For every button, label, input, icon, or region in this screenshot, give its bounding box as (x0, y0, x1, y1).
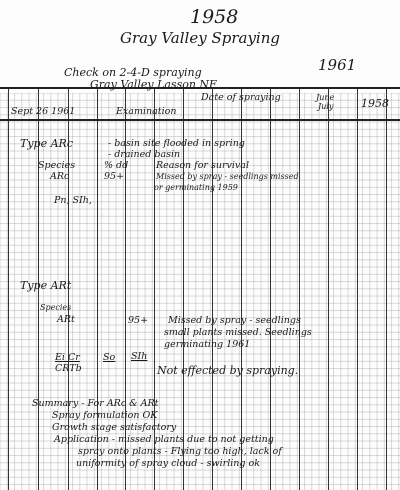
check-line-1: Check on 2-4-D spraying (64, 67, 202, 78)
site-note: - drained basin (108, 150, 180, 160)
month-july: July (318, 103, 333, 111)
reason-line: germinating 1961 (164, 340, 250, 350)
summary-line: Growth stage satisfactory (52, 423, 176, 433)
page-year: 1958 (190, 8, 238, 27)
column-rule (357, 88, 358, 490)
site-note: - basin site flooded in spring (108, 139, 245, 149)
species-arc: ARc (50, 172, 69, 182)
column-rule (328, 88, 329, 490)
col-so: So (103, 353, 115, 363)
column-rule (8, 88, 9, 490)
type-arc-label: Type ARc (20, 138, 73, 149)
header-bottom-rule (0, 119, 400, 121)
reason-header: Reason for survival (156, 161, 249, 171)
year-right: 1961 (318, 58, 356, 73)
reason-line: or germinating 1959 (154, 184, 238, 192)
species-header: Species (40, 304, 71, 312)
pct-dead-arc: 95+ (104, 172, 124, 182)
col-sih: SIh (131, 352, 147, 362)
ledger-sheet: 1958 Gray Valley Spraying Check on 2-4-D… (0, 0, 400, 490)
column-rule (299, 88, 300, 490)
extra-species: Pn, SIh, (54, 196, 92, 206)
summary-heading: Summary - For ARc & ARt (32, 399, 158, 409)
check-line-2: Gray Valley Lasson NF (90, 79, 217, 90)
summary-line: Application - missed plants due to not g… (54, 435, 274, 445)
spray-year: 1958 (361, 98, 389, 109)
species-art: ARt (57, 315, 75, 325)
summary-line: uniformity of spray cloud - swirling ok (76, 459, 260, 469)
month-june: June (316, 94, 334, 102)
species-header: Species (38, 161, 75, 171)
species-crtb: CRTb (55, 364, 82, 374)
reason-line: Not effected by spraying. (157, 365, 298, 376)
type-art-label: Type ARt (20, 280, 71, 291)
reason-line: Missed by spray - seedlings missed (156, 173, 299, 181)
column-rule (386, 88, 387, 490)
species-ei-cr: Ei Cr (55, 353, 80, 363)
column-rule (270, 88, 271, 490)
date-of-spraying-label: Date of spraying (201, 93, 281, 103)
reason-line: Missed by spray - seedlings (168, 316, 301, 326)
exam-date: Sept 26 1961 (11, 107, 75, 117)
summary-line: Spray formulation OK (52, 411, 157, 421)
reason-line: small plants missed. Seedlings (164, 328, 312, 338)
pct-dead-header: % dd (104, 161, 128, 171)
pct-dead-art: 95+ (128, 316, 148, 326)
exam-label: Examination (116, 107, 176, 117)
summary-line: spray onto plants - Flying too high, lac… (78, 447, 282, 457)
page-title: Gray Valley Spraying (120, 31, 280, 46)
